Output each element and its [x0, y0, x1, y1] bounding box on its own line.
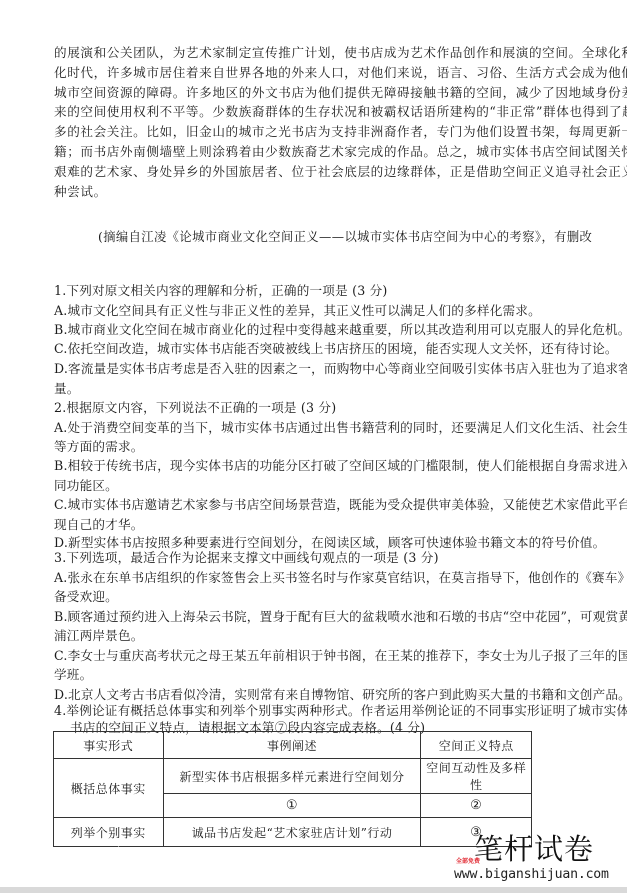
passage-line: 的展演和公关团队，为艺术家制定宣传推广计划，使书店成为艺术作品创作和展演的空间。…: [54, 45, 573, 61]
option-b: B.顾客通过预约进入上海朵云书院，置身于配有巨大的盆栽喷水池和石墩的书店“空中花…: [54, 609, 627, 625]
option-c: C.李女士与重庆高考状元之母王某五年前相识于钟书阁，在王某的推荐下，李女士为儿子…: [54, 648, 627, 664]
cell-fact-form: 列举个别事实: [54, 818, 164, 847]
option-c-cont: 学班。: [54, 667, 92, 683]
watermark-url: www.biganshijuan.com: [454, 867, 609, 882]
table-header-row: 事实形式 事例阐述 空间正义特点: [54, 732, 532, 759]
option-a-cont: 备受欢迎。: [54, 589, 118, 605]
cell-fact-form: 概括总体事实: [54, 759, 164, 818]
watermark-free-label: 全部免费: [456, 856, 480, 865]
option-a-cont: 等方面的需求。: [54, 439, 144, 455]
passage-line: 多的社会关注。比如，旧金山的城市之光书店为支持非洲裔作者，专门为他们设置书架，每…: [54, 124, 573, 140]
option-d-cont: 量。: [54, 381, 80, 397]
blank-1: ①: [163, 794, 421, 818]
scan-speck: [118, 846, 119, 847]
question-stem: 2.根据原文内容，下列说法不正确的一项是 (3 分): [54, 400, 336, 416]
passage-line: 种尝试。: [54, 184, 107, 200]
watermark: 笔杆试卷 全部免费 www.biganshijuan.com: [452, 833, 627, 887]
table-row: 概括总体事实 新型实体书店根据多样元素进行空间划分 空间互动性及多样性: [54, 759, 532, 794]
cell-example: 诚品书店发起“艺术家驻店计划”行动: [163, 818, 421, 847]
option-c: C.依托空间改造，城市实体书店能否突破被线上书店挤压的困境，能否实现人文关怀，还…: [54, 341, 618, 357]
question-stem: 1.下列对原文相关内容的理解和分析，正确的一项是 (3 分): [54, 283, 388, 299]
watermark-title: 笔杆试卷: [474, 833, 594, 865]
option-d: D.新型实体书店按照多种要素进行空间划分，在阅读区域，顾客可快速体验书籍文本的符…: [54, 535, 605, 551]
exam-page: 的展演和公关团队，为艺术家制定宣传推广计划，使书店成为艺术作品创作和展演的空间。…: [0, 0, 627, 887]
option-b-cont: 同功能区。: [54, 478, 118, 494]
page-bottom-edge: [0, 887, 627, 893]
option-d: D.北京人文考古书店看似冷清，实则常有来自博物馆、研究所的客户到此购买大量的书籍…: [54, 687, 627, 703]
passage-line: 城市空间资源的障碍。许多地区的外文书店为他们提供无障碍接触书籍的空间，减少了因地…: [54, 85, 573, 101]
fact-table: 事实形式 事例阐述 空间正义特点 概括总体事实 新型实体书店根据多样元素进行空间…: [53, 731, 532, 847]
passage-line: 化时代，许多城市居住着来自世界各地的外来人口，对他们来说，语言、习俗、生活方式会…: [54, 65, 573, 81]
option-c-cont: 现自己的才华。: [54, 517, 144, 533]
cell-feature: 空间互动性及多样性: [421, 759, 532, 794]
option-b: B.城市商业文化空间在城市商业化的过程中变得越来越重要，所以其改造利用可以克服人…: [54, 322, 627, 338]
passage-line: 籍；而书店外南侧墙壁上则涂鸦着由少数族裔艺术家完成的作品。总之，城市实体书店空间…: [54, 144, 573, 160]
option-d: D.客流量是实体书店考虑是否入驻的因素之一，而购物中心等商业空间吸引实体书店入驻…: [54, 361, 627, 377]
option-b: B.相较于传统书店，现今实体书店的功能分区打破了空间区域的门槛限制，使人们能根据…: [54, 458, 627, 474]
option-a: A.处于消费空间变革的当下，城市实体书店通过出售书籍营利的同时，还要满足人们文化…: [54, 420, 627, 436]
passage-line: 来的空间使用权利不平等。少数族裔群体的生存状况和被霸权话语所建构的“非正常”群体…: [54, 104, 573, 120]
header-example: 事例阐述: [163, 732, 421, 759]
cell-example: 新型实体书店根据多样元素进行空间划分: [163, 759, 421, 794]
option-a: A.张永在东单书店组织的作家签售会上买书签名时与作家莫官结识，在莫言指导下，他创…: [54, 570, 627, 586]
source-citation: (摘编自江凌《论城市商业文化空间正义——以城市实体书店空间为中心的考察》，有删改: [98, 227, 592, 245]
question-stem: 3.下列选项，最适合作为论据来支撑文中画线句观点的一项是 (3 分): [54, 550, 439, 566]
passage-line: 艰难的艺术家、身处异乡的外国旅居者、位于社会底层的边缘群体，正是借助空间正义追寻…: [54, 164, 573, 180]
option-b-cont: 浦江两岸景色。: [54, 628, 144, 644]
header-feature: 空间正义特点: [421, 732, 532, 759]
blank-2: ②: [421, 794, 532, 818]
option-c: C.城市实体书店邀请艺术家参与书店空间场景营造，既能为受众提供审美体验，又能使艺…: [54, 497, 627, 513]
option-a: A.城市文化空间具有正义性与非正义性的差异，其正义性可以满足人们的多样化需求。: [54, 303, 541, 319]
question-stem: 4.举例论证有概括总体事实和列举个别事实两种形式。作者运用举例论证的不同事实形证…: [54, 703, 627, 719]
header-fact-form: 事实形式: [54, 732, 164, 759]
